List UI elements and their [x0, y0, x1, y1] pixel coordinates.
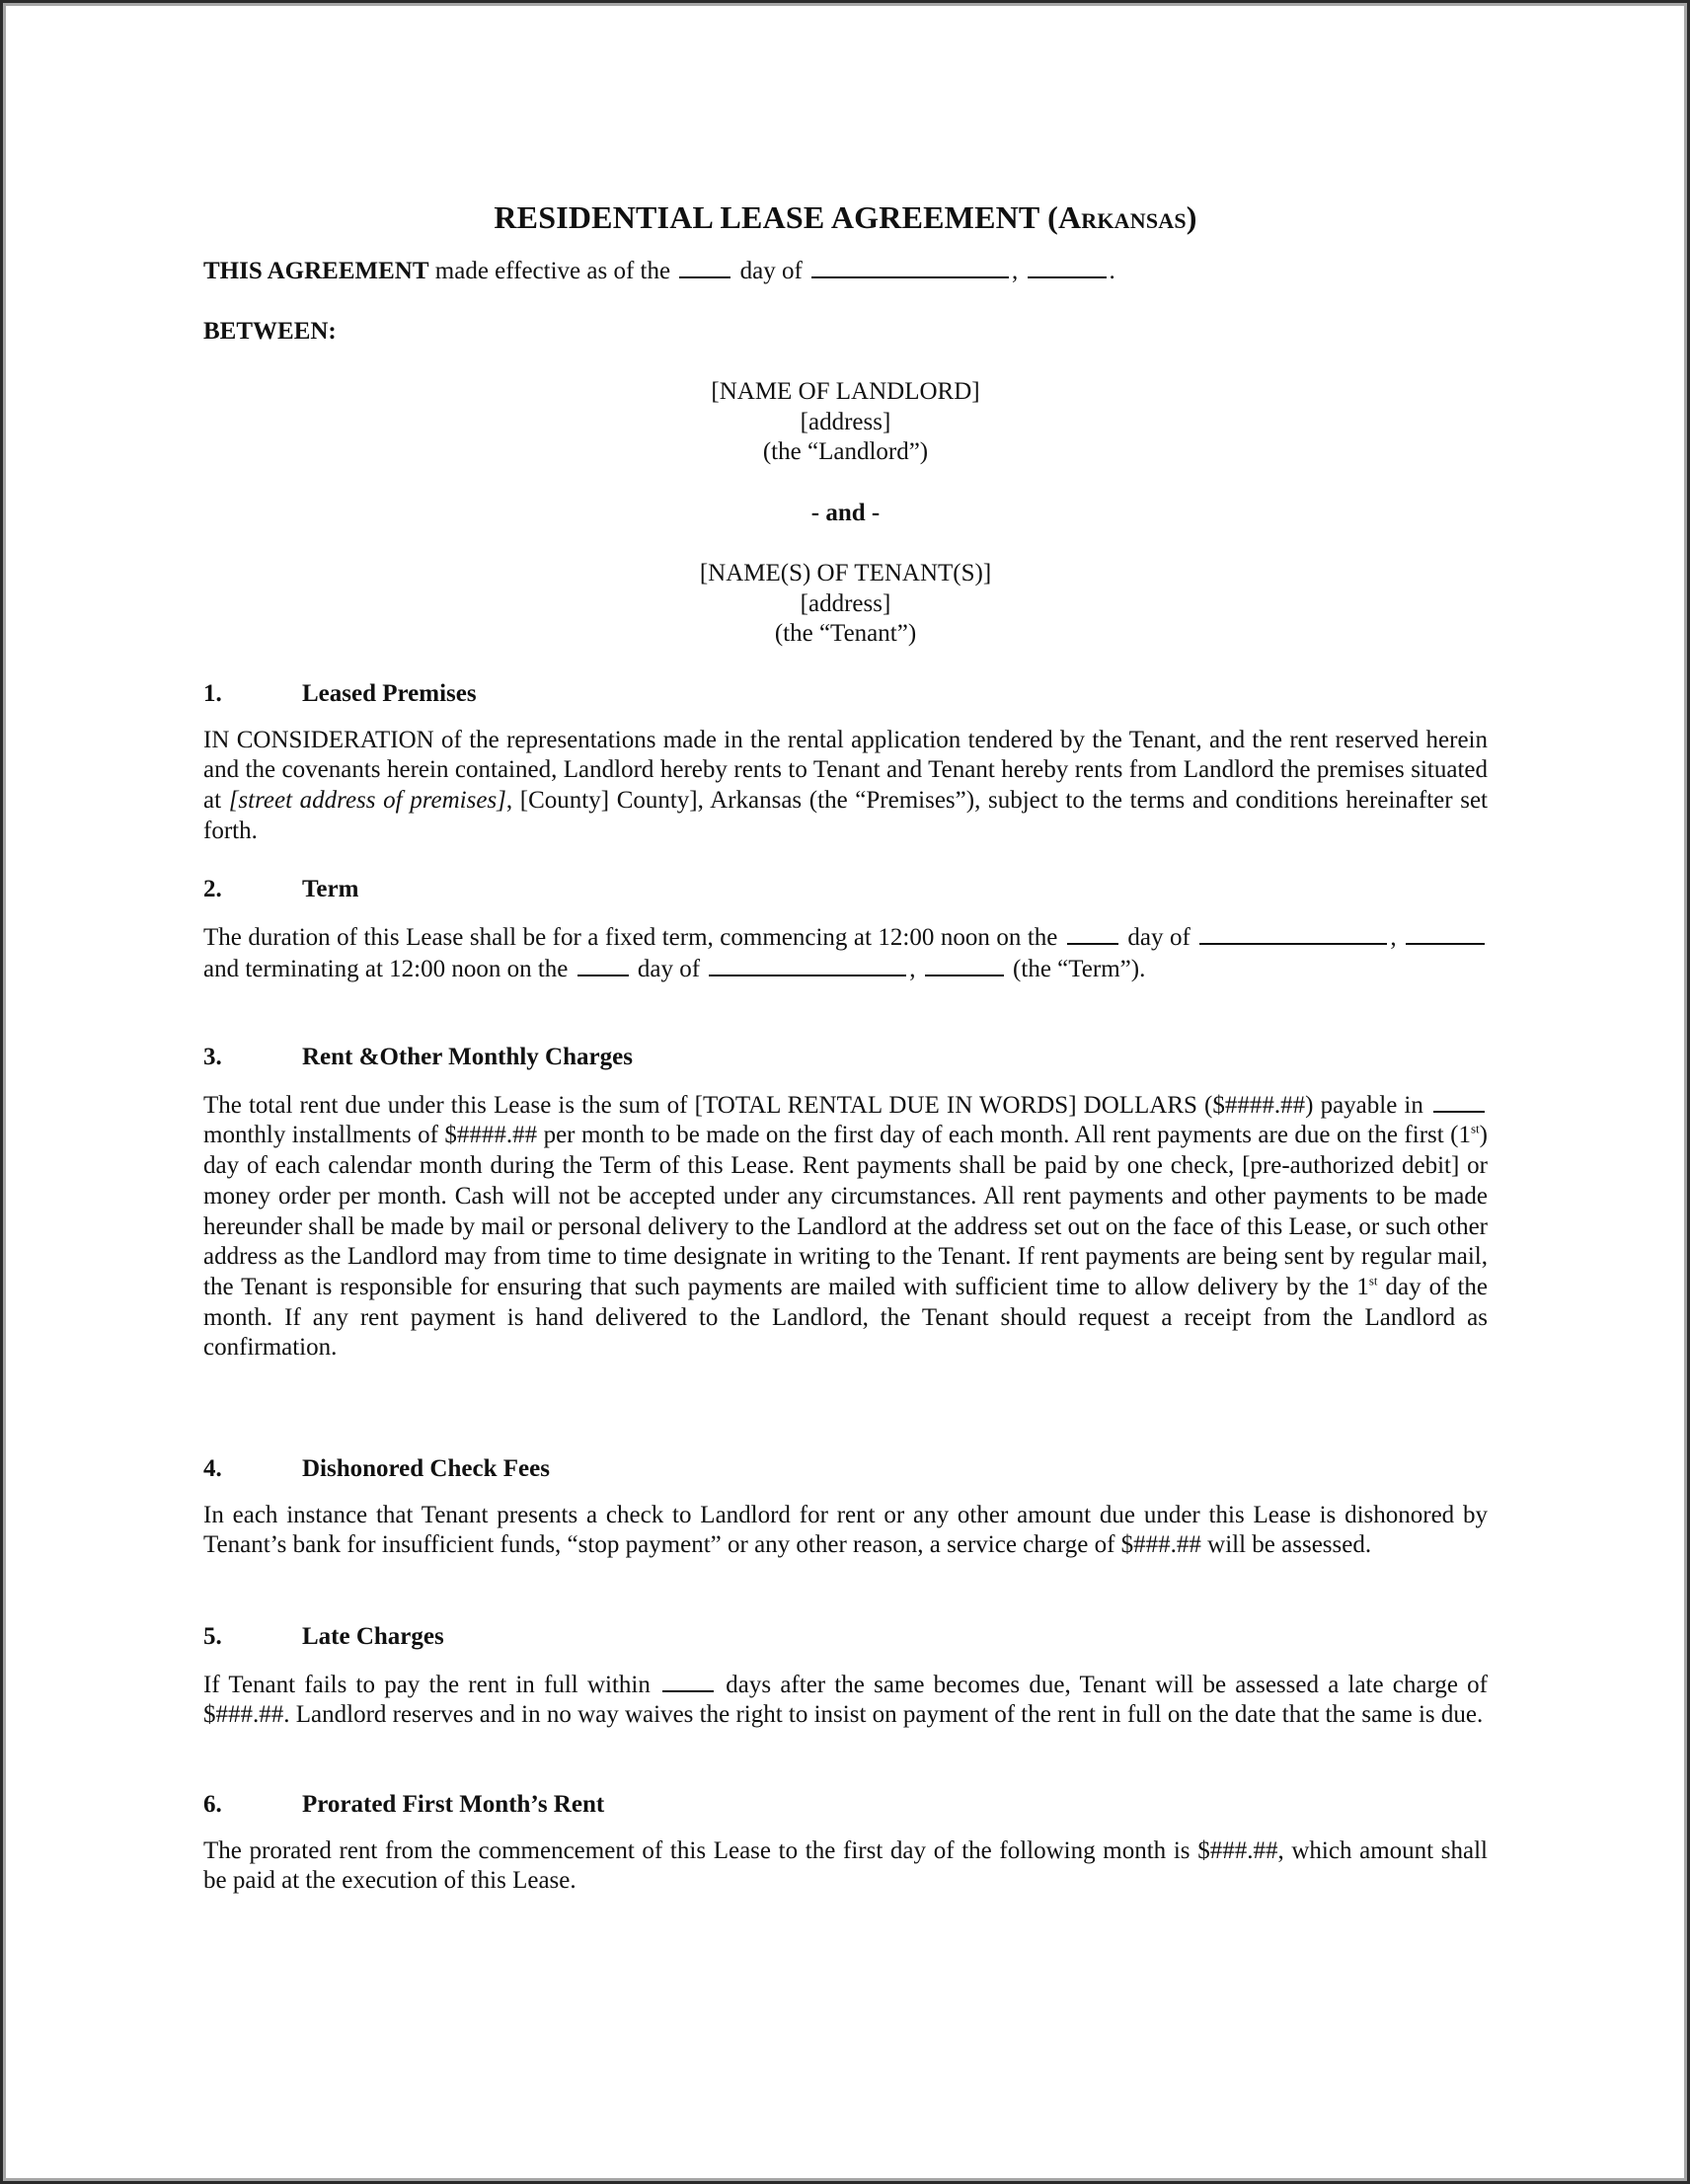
tenant-address: [address] — [203, 589, 1488, 620]
superscript: st — [1369, 1274, 1378, 1288]
start-month-blank[interactable] — [1199, 921, 1387, 945]
landlord-block: [NAME OF LANDLORD] [address] (the “Landl… — [203, 377, 1488, 468]
start-year-blank[interactable] — [1406, 921, 1485, 945]
body-text: , — [909, 956, 915, 982]
section-prorated-rent: 6. Prorated First Month’s Rent The prora… — [203, 1790, 1488, 1897]
tenant-defined: (the “Tenant”) — [203, 619, 1488, 650]
section-heading: 2. Term — [203, 875, 1488, 905]
title-text: RESIDENTIAL LEASE AGREEMENT — [494, 199, 1039, 235]
section-title: Rent &Other Monthly Charges — [302, 1043, 633, 1073]
intro-lead: THIS AGREEMENT — [203, 258, 429, 284]
section-heading: 4. Dishonored Check Fees — [203, 1454, 1488, 1485]
intro-text-1: made effective as of the — [435, 258, 670, 284]
landlord-address: [address] — [203, 408, 1488, 438]
section-heading: 1. Leased Premises — [203, 679, 1488, 710]
body-text: The total rent due under this Lease is t… — [203, 1092, 1423, 1119]
intro-comma: , — [1012, 258, 1018, 284]
landlord-name: [NAME OF LANDLORD] — [203, 377, 1488, 408]
superscript: st — [1471, 1122, 1480, 1136]
body-text: The duration of this Lease shall be for … — [203, 924, 1057, 951]
section-late-charges: 5. Late Charges If Tenant fails to pay t… — [203, 1622, 1488, 1731]
section-body: The prorated rent from the commencement … — [203, 1836, 1488, 1897]
section-title: Dishonored Check Fees — [302, 1454, 550, 1485]
body-text: , — [1390, 924, 1396, 951]
end-month-blank[interactable] — [709, 953, 906, 976]
intro-period: . — [1110, 258, 1115, 284]
landlord-defined: (the “Landlord”) — [203, 437, 1488, 468]
section-heading: 6. Prorated First Month’s Rent — [203, 1790, 1488, 1821]
section-dishonored-check: 4. Dishonored Check Fees In each instanc… — [203, 1454, 1488, 1561]
document-title: RESIDENTIAL LEASE AGREEMENT (Arkansas) — [203, 197, 1488, 237]
and-separator: - and - — [203, 499, 1488, 529]
section-body: The duration of this Lease shall be for … — [203, 921, 1488, 985]
section-body: The total rent due under this Lease is t… — [203, 1089, 1488, 1364]
between-label: BETWEEN: — [203, 317, 337, 348]
body-text: If Tenant fails to pay the rent in full … — [203, 1672, 651, 1698]
section-title: Term — [302, 875, 358, 905]
effective-month-blank[interactable] — [811, 255, 1009, 278]
section-number: 3. — [203, 1043, 302, 1073]
body-text: day of — [638, 956, 700, 982]
section-heading: 5. Late Charges — [203, 1622, 1488, 1653]
section-body: If Tenant fails to pay the rent in full … — [203, 1669, 1488, 1731]
intro-line: THIS AGREEMENT made effective as of the … — [203, 255, 1488, 287]
grace-days-blank[interactable] — [662, 1669, 714, 1692]
body-text: monthly installments of $####.## per mon… — [203, 1122, 1471, 1148]
section-number: 6. — [203, 1790, 302, 1821]
premises-address-placeholder: [street address of premises] — [229, 787, 506, 814]
section-number: 4. — [203, 1454, 302, 1485]
tenant-name: [NAME(S) OF TENANT(S)] — [203, 559, 1488, 589]
section-title: Prorated First Month’s Rent — [302, 1790, 604, 1821]
section-term: 2. Term The duration of this Lease shall… — [203, 875, 1488, 985]
section-number: 1. — [203, 679, 302, 710]
end-year-blank[interactable] — [925, 953, 1004, 976]
title-state: (Arkansas) — [1047, 199, 1197, 235]
body-text: ) day of each calendar month during the … — [203, 1122, 1488, 1300]
body-text: (the “Term”). — [1013, 956, 1145, 982]
section-number: 2. — [203, 875, 302, 905]
effective-day-blank[interactable] — [679, 255, 730, 278]
intro-text-2: day of — [740, 258, 803, 284]
section-body: IN CONSIDERATION of the representations … — [203, 726, 1488, 847]
body-text: and terminating at 12:00 noon on the — [203, 956, 568, 982]
installments-count-blank[interactable] — [1433, 1089, 1485, 1113]
section-rent: 3. Rent &Other Monthly Charges The total… — [203, 1043, 1488, 1364]
section-title: Late Charges — [302, 1622, 444, 1653]
section-number: 5. — [203, 1622, 302, 1653]
body-text: day of — [1127, 924, 1190, 951]
section-leased-premises: 1. Leased Premises IN CONSIDERATION of t… — [203, 679, 1488, 847]
effective-year-blank[interactable] — [1028, 255, 1107, 278]
end-day-blank[interactable] — [577, 953, 629, 976]
section-body: In each instance that Tenant presents a … — [203, 1501, 1488, 1561]
start-day-blank[interactable] — [1067, 921, 1118, 945]
tenant-block: [NAME(S) OF TENANT(S)] [address] (the “T… — [203, 559, 1488, 650]
section-title: Leased Premises — [302, 679, 477, 710]
section-heading: 3. Rent &Other Monthly Charges — [203, 1043, 1488, 1073]
